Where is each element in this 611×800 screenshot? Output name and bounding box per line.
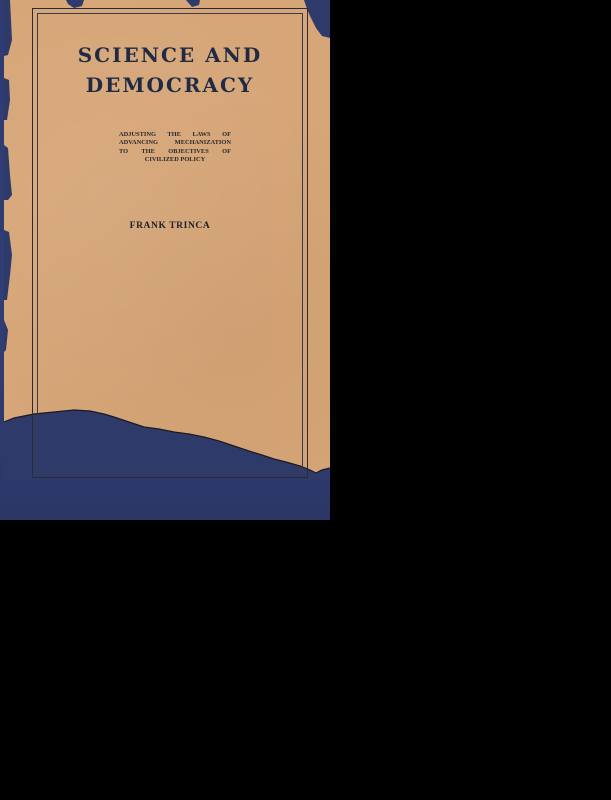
dust-jacket: SCIENCE AND DEMOCRACY ADJUSTING THE LAWS… xyxy=(4,0,330,480)
subtitle-line: ADJUSTING THE LAWS OF xyxy=(119,131,231,139)
book-subtitle: ADJUSTING THE LAWS OF ADVANCING MECHANIZ… xyxy=(119,131,231,165)
book-cover: SCIENCE AND DEMOCRACY ADJUSTING THE LAWS… xyxy=(0,0,330,520)
book-author: FRANK TRINCA xyxy=(32,221,308,231)
book-title-line-2: DEMOCRACY xyxy=(32,70,308,100)
book-title-line-1: SCIENCE AND xyxy=(32,40,308,70)
subtitle-line: ADVANCING MECHANIZATION xyxy=(119,139,231,147)
subtitle-line: TO THE OBJECTIVES OF xyxy=(119,148,231,156)
subtitle-line: CIVILIZED POLICY xyxy=(119,156,231,164)
